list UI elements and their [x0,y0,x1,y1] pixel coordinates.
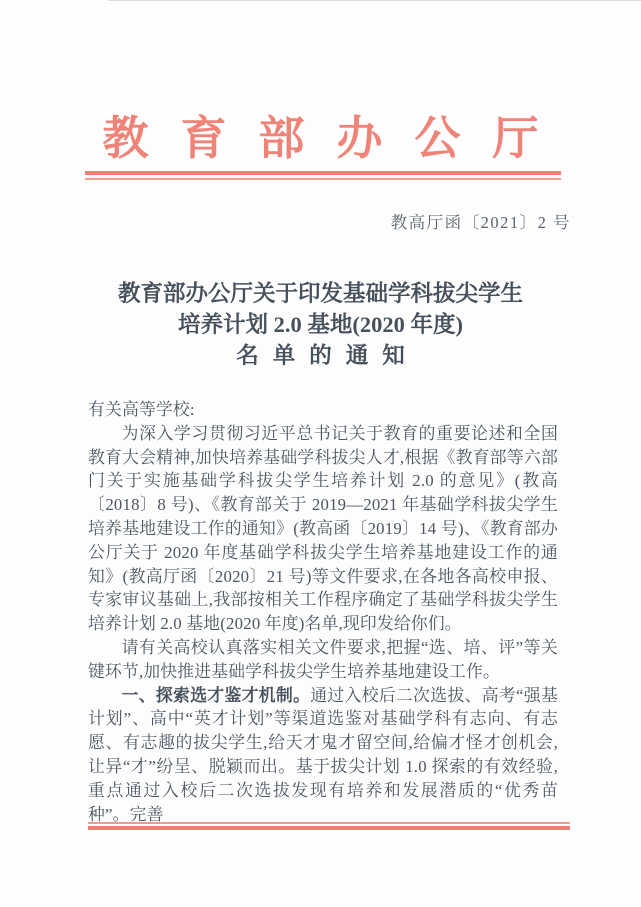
footer-rule-thick [88,826,570,830]
salutation: 有关高等学校: [88,398,558,422]
body-paragraph-2: 请有关高校认真落实相关文件要求,把握“选、培、评”等关键环节,加快推进基础学科拔… [88,636,558,684]
paragraph-3-bold-lead: 一、探索选才鉴才机制。 [122,686,311,705]
document-title-line2: 培养计划 2.0 基地(2020 年度) [0,309,641,340]
document-title: 教育部办公厅关于印发基础学科拔尖学生 培养计划 2.0 基地(2020 年度) … [0,278,641,371]
body-paragraph-3: 一、探索选才鉴才机制。通过入校后二次选拔、高考“强基计划”、高中“英才计划”等渠… [88,684,558,827]
body-paragraph-1: 为深入学习贯彻习近平总书记关于教育的重要论述和全国教育大会精神,加快培养基础学科… [88,422,558,636]
paragraph-3-text: 通过入校后二次选拔、高考“强基计划”、高中“英才计划”等渠道选鉴对基础学科有志向… [88,686,558,824]
document-body: 有关高等学校: 为深入学习贯彻习近平总书记关于教育的重要论述和全国教育大会精神,… [88,398,558,826]
letterhead-title: 教育部办公厅 [0,102,641,168]
footer-rule-thin [88,822,570,824]
header-rule-thick [85,171,561,175]
document-title-line3: 名单的通知 [0,340,641,371]
document-page: 教育部办公厅 教高厅函〔2021〕2 号 教育部办公厅关于印发基础学科拔尖学生 … [0,0,641,907]
document-title-line1: 教育部办公厅关于印发基础学科拔尖学生 [0,278,641,309]
header-rule-thin [85,178,561,180]
document-number: 教高厅函〔2021〕2 号 [391,209,571,233]
paragraph-1-text: 为深入学习贯彻习近平总书记关于教育的重要论述和全国教育大会精神,加快培养基础学科… [88,424,558,633]
scan-edge-line [108,0,641,1]
paragraph-2-text: 请有关高校认真落实相关文件要求,把握“选、培、评”等关键环节,加快推进基础学科拔… [88,638,558,681]
